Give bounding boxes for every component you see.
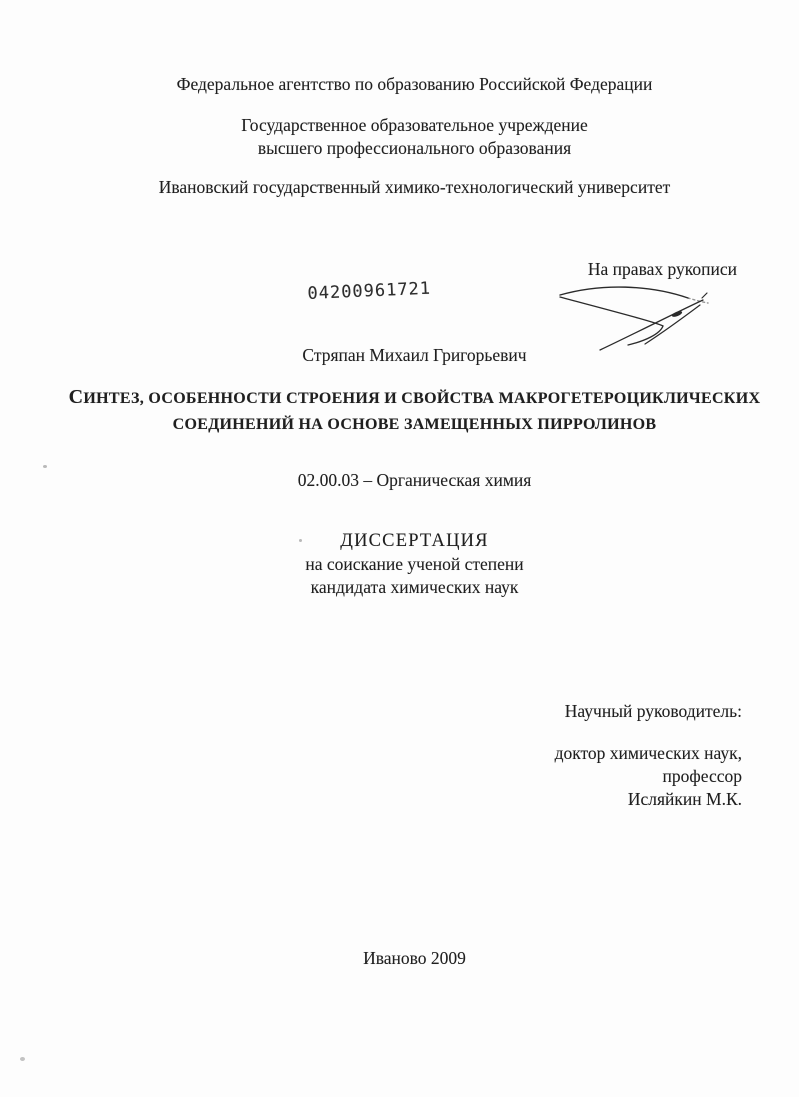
specialty-code: 02.00.03 – Органическая химия [30,470,799,491]
manuscript-rights-note: На правах рукописи [588,259,737,280]
scan-speck [299,539,302,542]
supervisor-details: доктор химических наук, профессор Исляйк… [555,742,742,811]
author-name: Стряпан Михаил Григорьевич [30,345,799,366]
degree-pursuit-line2: кандидата химических наук [30,576,799,599]
signature-stroke-diagonal1 [600,300,703,350]
signature-stroke-swoosh [560,297,663,345]
scan-speck [20,1057,25,1061]
work-type-heading: ДИССЕРТАЦИЯ [30,530,799,553]
institution-type-line1: Государственное образовательное учрежден… [30,114,799,137]
city-year: Иваново 2009 [30,948,799,969]
supervisor-rank: профессор [555,765,742,788]
work-type-block: ДИССЕРТАЦИЯ на соискание ученой степени … [30,530,799,599]
supervisor-label: Научный руководитель: [565,701,742,722]
dissertation-title-page: Федеральное агентство по образованию Рос… [0,0,799,1097]
registration-number-stamp: 04200961721 [307,279,431,304]
signature-stroke-top [560,287,688,298]
degree-pursuit-line1: на соискание ученой степени [30,553,799,576]
title-line2: СОЕДИНЕНИЙ НА ОСНОВЕ ЗАМЕЩЕННЫХ ПИРРОЛИН… [30,412,799,438]
supervisor-name: Исляйкин М.К. [555,788,742,811]
signature-stroke-tick [702,293,707,298]
supervisor-degree: доктор химических наук, [555,742,742,765]
dissertation-title: СИНТЕЗ, ОСОБЕННОСТИ СТРОЕНИЯ И СВОЙСТВА … [30,384,799,438]
scan-speck [43,465,47,468]
agency-line: Федеральное агентство по образованию Рос… [30,74,799,95]
university-name: Ивановский государственный химико-технол… [30,177,799,198]
title-line1: СИНТЕЗ, ОСОБЕННОСТИ СТРОЕНИЯ И СВОЙСТВА … [30,384,799,412]
institution-type-block: Государственное образовательное учрежден… [30,114,799,160]
signature [550,281,765,353]
institution-type-line2: высшего профессионального образования [30,137,799,160]
